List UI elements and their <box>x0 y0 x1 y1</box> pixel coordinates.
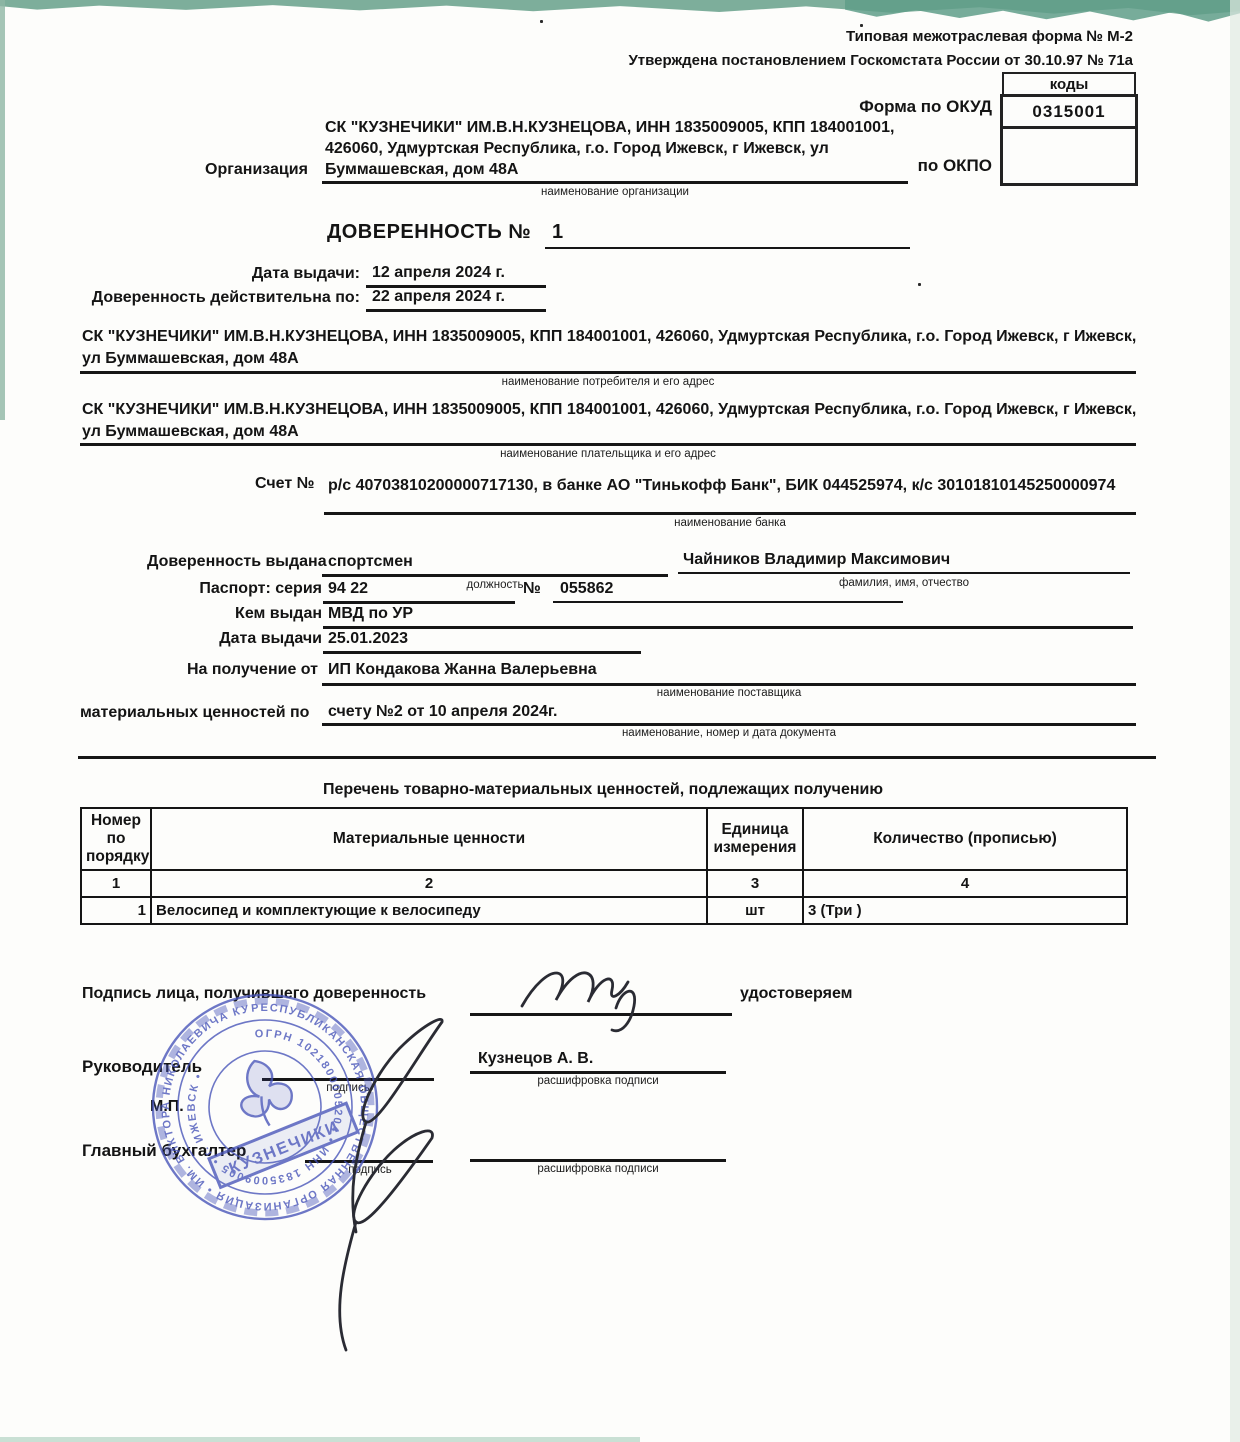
col-header-values: Материальные ценности <box>151 808 707 870</box>
valid-until-value: 22 апреля 2024 г. <box>372 288 505 306</box>
position-underline <box>322 574 668 577</box>
passport-date-label: Дата выдачи <box>100 630 322 648</box>
row-goods-name: Велосипед и комплектующие к велосипеду <box>151 897 707 924</box>
scan-edge-right <box>1230 0 1240 1442</box>
form-type-note: Типовая межотраслевая форма № М-2 <box>846 28 1133 45</box>
receive-doc-underline <box>322 723 1136 726</box>
receive-by-label: материальных ценностей по <box>80 704 309 722</box>
scan-edge-left <box>0 0 5 420</box>
issue-date-label: Дата выдачи: <box>60 265 360 283</box>
organization-caption: наименование организации <box>322 186 908 198</box>
passport-issued-by-underline <box>323 626 1133 629</box>
passport-series-value: 94 22 <box>328 580 368 598</box>
stamp-and-signatures-overlay: РЕСПУБЛИКАНСКАЯ ОБЩЕСТВЕННАЯ ОРГАНИЗАЦИЯ… <box>60 930 820 1360</box>
codes-box-header: коды <box>1002 72 1136 96</box>
consumer-underline <box>80 371 1136 374</box>
col-number-1: 1 <box>81 870 151 897</box>
scan-speck <box>540 20 543 23</box>
round-stamp-icon: РЕСПУБЛИКАНСКАЯ ОБЩЕСТВЕННАЯ ОРГАНИЗАЦИЯ… <box>60 930 391 1247</box>
organization-underline <box>322 181 908 184</box>
position-value: спортсмен <box>328 553 413 571</box>
passport-number-underline <box>553 601 903 603</box>
scan-speck <box>918 283 921 286</box>
col-header-quantity: Количество (прописью) <box>803 808 1127 870</box>
document-number: 1 <box>552 221 564 244</box>
person-name-value: Чайников Владимир Максимович <box>683 551 950 569</box>
codes-box: 0315001 <box>1000 94 1138 186</box>
form-approved-note: Утверждена постановлением Госкомстата Ро… <box>628 52 1133 69</box>
organization-value: СК "КУЗНЕЧИКИ" ИМ.В.Н.КУЗНЕЦОВА, ИНН 183… <box>325 117 905 180</box>
receive-doc-value: счету №2 от 10 апреля 2024г. <box>328 703 557 721</box>
person-name-underline <box>678 572 1130 574</box>
supplier-caption: наименование поставщика <box>322 687 1136 699</box>
payer-underline <box>80 443 1136 446</box>
section-separator-line <box>78 756 1156 759</box>
passport-series-underline <box>323 601 515 604</box>
scan-edge-bottom <box>0 1437 640 1442</box>
payer-value: СК "КУЗНЕЧИКИ" ИМ.В.Н.КУЗНЕЦОВА, ИНН 183… <box>82 399 1140 443</box>
col-number-3: 3 <box>707 870 803 897</box>
supplier-value: ИП Кондакова Жанна Валерьевна <box>328 661 597 679</box>
passport-series-label: Паспорт: серия <box>100 580 322 598</box>
issue-date-value: 12 апреля 2024 г. <box>372 264 505 282</box>
document-number-underline <box>545 247 910 249</box>
row-unit: шт <box>707 897 803 924</box>
organization-label: Организация <box>205 161 308 179</box>
account-value: р/с 40703810200000717130, в банке АО "Ти… <box>328 475 1138 496</box>
col-header-number: Номер по порядку <box>81 808 151 870</box>
passport-date-value: 25.01.2023 <box>328 630 408 648</box>
scan-torn-edge-top-right <box>845 0 1240 24</box>
scan-speck <box>860 24 863 27</box>
receive-doc-caption: наименование, номер и дата документа <box>322 727 1136 739</box>
okud-code-value: 0315001 <box>1003 97 1135 129</box>
passport-date-underline <box>323 651 641 654</box>
account-caption: наименование банка <box>324 517 1136 529</box>
valid-until-label: Доверенность действительна по: <box>60 289 360 307</box>
supplier-underline <box>322 683 1136 686</box>
goods-table-title: Перечень товарно-материальных ценностей,… <box>80 781 1126 799</box>
row-ordinal: 1 <box>81 897 151 924</box>
stamp-emblem-icon <box>235 1057 295 1130</box>
okpo-label: по ОКПО <box>918 156 992 176</box>
table-row: 1 Велосипед и комплектующие к велосипеду… <box>81 897 1127 924</box>
person-name-caption: фамилия, имя, отчество <box>678 577 1130 589</box>
consumer-value: СК "КУЗНЕЧИКИ" ИМ.В.Н.КУЗНЕЦОВА, ИНН 183… <box>82 326 1140 370</box>
document-title: ДОВЕРЕННОСТЬ № <box>327 221 531 244</box>
receiver-signature-stroke <box>522 973 635 1031</box>
col-number-2: 2 <box>151 870 707 897</box>
okud-label: Форма по ОКУД <box>859 97 992 117</box>
consumer-caption: наименование потребителя и его адрес <box>80 376 1136 388</box>
account-underline <box>324 512 1136 515</box>
scanned-document-page: Типовая межотраслевая форма № М-2 Утверж… <box>0 0 1240 1442</box>
row-quantity: 3 (Три ) <box>803 897 1127 924</box>
passport-issued-by-value: МВД по УР <box>328 605 413 623</box>
passport-number-value: 055862 <box>560 580 613 598</box>
valid-until-underline <box>366 309 546 312</box>
position-caption: должность <box>322 579 668 591</box>
head-signature-stroke <box>353 1019 442 1232</box>
receive-from-label: На получение от <box>80 661 318 679</box>
col-header-unit: Единица измерения <box>707 808 803 870</box>
passport-number-sign: № <box>523 580 541 598</box>
passport-issued-by-label: Кем выдан <box>100 605 322 623</box>
account-label: Счет № <box>255 475 314 493</box>
issued-to-label: Доверенность выдана <box>147 553 327 571</box>
payer-caption: наименование плательщика и его адрес <box>80 448 1136 460</box>
col-number-4: 4 <box>803 870 1127 897</box>
goods-table: Номер по порядку Материальные ценности Е… <box>80 807 1128 925</box>
